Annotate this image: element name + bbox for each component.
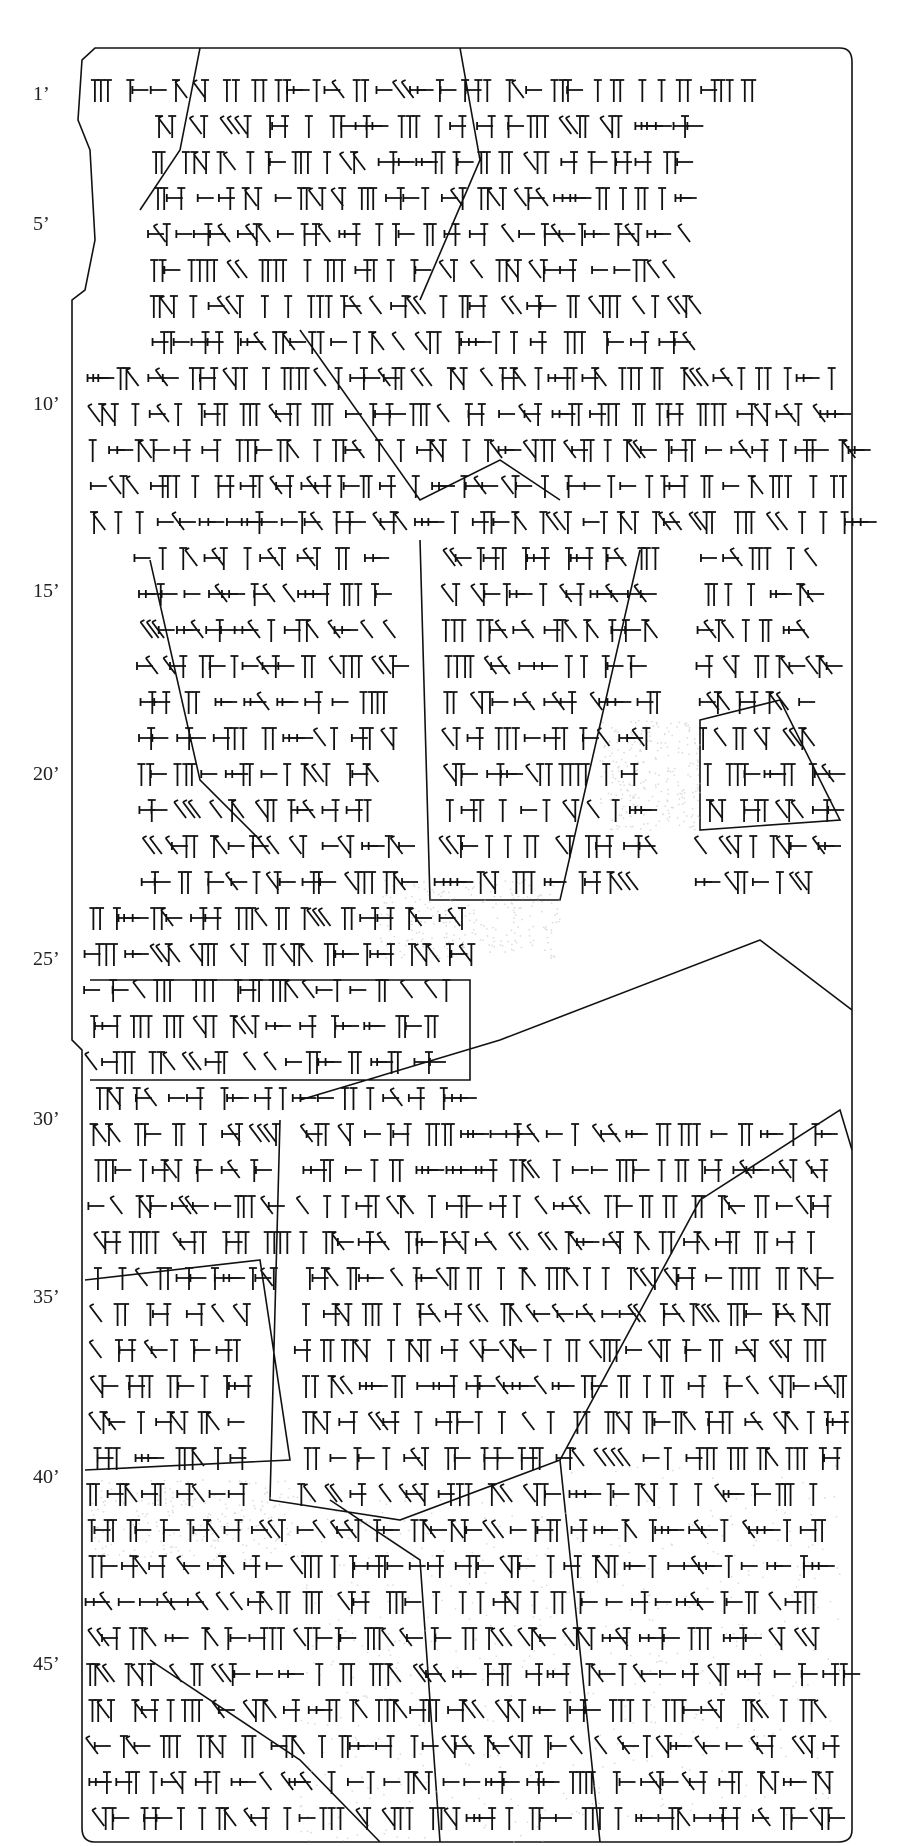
cuneiform-wedge-icon [568,692,576,714]
cuneiform-wedge-icon [262,728,270,750]
cuneiform-wedge-icon [113,1814,129,1822]
cuneiform-wedge-icon [737,1268,745,1290]
cuneiform-wedge-icon [520,1382,536,1390]
cuneiform-wedge-icon [504,836,512,858]
cuneiform-wedge-icon [484,1232,496,1250]
cuneiform-wedge-icon [813,404,825,422]
cuneiform-wedge-icon [417,404,425,426]
cuneiform-wedge-icon [585,878,601,886]
cuneiform-wedge-icon [150,260,158,282]
cuneiform-wedge-icon [604,440,612,462]
cuneiform-wedge-icon [467,1202,483,1210]
cuneiform-wedge-icon [285,626,301,634]
cuneiform-wedge-icon [397,440,405,462]
cuneiform-wedge-icon [490,1202,506,1210]
cuneiform-wedge-icon [317,986,333,994]
cuneiform-wedge-icon [726,1412,734,1434]
cuneiform-wedge-icon [127,368,139,386]
cuneiform-wedge-icon [89,440,97,462]
cuneiform-wedge-icon [340,584,348,606]
cuneiform-wedge-icon [330,260,338,282]
cuneiform-wedge-icon [794,1382,810,1390]
cuneiform-wedge-icon [250,1160,258,1182]
cuneiform-wedge-icon [794,1592,802,1614]
cuneiform-wedge-icon [676,80,684,102]
cuneiform-wedge-icon [297,152,305,174]
cuneiform-wedge-icon [180,518,196,526]
cuneiform-wedge-icon [414,1412,422,1434]
cuneiform-wedge-icon [122,1562,138,1570]
cuneiform-wedge-icon [801,584,813,602]
cuneiform-wedge-icon [89,1340,101,1358]
cuneiform-wedge-icon [525,734,541,742]
cuneiform-wedge-icon [213,440,221,462]
cuneiform-wedge-icon [386,1592,394,1614]
cuneiform-wedge-icon [306,1052,314,1074]
cuneiform-wedge-icon [602,764,610,786]
cuneiform-wedge-icon [201,1628,209,1650]
cuneiform-wedge-icon [526,1304,538,1322]
cuneiform-wedge-icon [181,1700,189,1722]
cuneiform-wedge-icon [236,440,244,462]
cuneiform-wedge-icon [565,1340,573,1362]
cuneiform-wedge-icon [526,86,542,94]
cuneiform-wedge-icon [197,1736,205,1758]
cuneiform-wedge-icon [570,368,578,390]
cuneiform-wedge-icon [808,590,824,598]
cuneiform-wedge-icon [314,368,326,386]
cuneiform-wedge-icon [399,1484,411,1502]
cuneiform-wedge-icon [443,692,451,714]
cuneiform-wedge-icon [133,950,149,958]
cuneiform-wedge-icon [480,368,492,386]
cuneiform-wedge-icon [126,476,138,494]
cuneiform-wedge-icon [722,1814,738,1822]
cuneiform-wedge-icon [483,872,495,890]
cuneiform-wedge-icon [625,626,641,634]
cuneiform-wedge-icon [477,188,485,210]
cuneiform-wedge-icon [514,188,526,206]
cuneiform-wedge-icon [344,1304,352,1326]
cuneiform-wedge-icon [294,404,302,426]
cuneiform-wedge-icon [452,764,460,786]
cuneiform-wedge-icon [229,1490,245,1498]
cuneiform-wedge-icon [545,266,561,274]
cuneiform-wedge-icon [824,1196,832,1218]
cuneiform-wedge-icon [457,1418,473,1426]
cuneiform-wedge-icon [551,1742,567,1750]
cuneiform-wedge-icon [230,1634,246,1642]
cuneiform-wedge-icon [257,692,269,710]
cuneiform-wedge-icon [365,1130,381,1138]
cuneiform-wedge-icon [318,908,330,926]
cuneiform-wedge-icon [618,368,626,390]
cuneiform-wedge-icon [710,584,718,606]
cuneiform-wedge-icon [135,1268,147,1286]
cuneiform-wedge-icon [343,950,359,958]
cuneiform-wedge-icon [452,584,460,606]
cuneiform-wedge-icon [705,656,713,678]
cuneiform-wedge-icon [478,1562,494,1570]
cuneiform-wedge-icon [506,260,518,278]
cuneiform-wedge-icon [590,410,606,418]
cuneiform-wedge-icon [584,482,600,490]
cuneiform-wedge-icon [450,692,458,714]
cuneiform-wedge-icon [682,1772,694,1790]
cuneiform-wedge-icon [382,1628,394,1646]
cuneiform-wedge-icon [154,698,170,706]
cuneiform-wedge-icon [272,332,280,354]
cuneiform-wedge-icon [372,1196,380,1218]
cuneiform-wedge-icon [718,692,730,710]
cuneiform-wedge-icon [428,1304,440,1322]
cuneiform-wedge-icon [733,1304,741,1326]
cuneiform-wedge-icon [208,338,224,346]
cuneiform-wedge-icon [569,260,577,282]
cuneiform-wedge-icon [91,80,99,102]
cuneiform-wedge-icon [542,662,558,670]
cuneiform-wedge-icon [459,296,467,318]
cuneiform-wedge-icon [474,1268,482,1290]
cuneiform-wedge-icon [453,656,461,678]
cuneiform-wedge-icon [834,1376,842,1398]
cuneiform-wedge-icon [326,1160,334,1182]
cuneiform-wedge-icon [663,1340,671,1362]
cuneiform-wedge-icon [481,1166,497,1174]
cuneiform-wedge-icon [173,1232,185,1250]
cuneiform-wedge-icon [501,296,513,314]
cuneiform-wedge-icon [659,1232,667,1254]
cuneiform-wedge-icon [730,548,742,566]
cuneiform-wedge-icon [794,1448,802,1470]
cuneiform-wedge-icon [358,1484,366,1506]
cuneiform-wedge-icon [513,1196,521,1218]
cuneiform-wedge-icon [803,440,811,462]
cuneiform-wedge-icon [86,1664,94,1686]
cuneiform-wedge-icon [281,980,289,1002]
cuneiform-wedge-icon [151,86,167,94]
cuneiform-wedge-icon [202,446,218,454]
cuneiform-wedge-icon [533,1484,541,1506]
cuneiform-wedge-icon [442,620,450,642]
cuneiform-wedge-icon [117,368,125,390]
cuneiform-wedge-icon [585,1490,601,1498]
cuneiform-wedge-icon [259,80,267,102]
cuneiform-wedge-icon [480,1382,496,1390]
cuneiform-wedge-icon [575,194,591,202]
cuneiform-wedge-icon [685,1124,693,1146]
cuneiform-wedge-icon [318,1736,326,1758]
cuneiform-wedge-icon [614,116,622,138]
cuneiform-wedge-icon [571,332,579,354]
cuneiform-wedge-icon [775,1670,791,1678]
cuneiform-wedge-icon [514,368,526,386]
cuneiform-wedge-icon [533,116,541,138]
cuneiform-wedge-icon [350,296,362,314]
cuneiform-wedge-icon [88,1700,96,1722]
cuneiform-wedge-icon [751,1592,759,1614]
cuneiform-wedge-icon [664,1448,672,1470]
cuneiform-wedge-icon [99,1412,107,1434]
cuneiform-wedge-icon [283,1232,291,1254]
cuneiform-wedge-icon [204,944,212,966]
cuneiform-wedge-icon [233,1304,245,1322]
cuneiform-wedge-icon [366,1088,374,1110]
cuneiform-wedge-icon [133,914,149,922]
cuneiform-wedge-icon [563,800,575,818]
cuneiform-wedge-icon [458,116,466,138]
cuneiform-wedge-icon [113,1628,121,1650]
cuneiform-wedge-icon [763,404,771,426]
cuneiform-wedge-icon [761,656,769,678]
cuneiform-wedge-icon [428,1196,436,1218]
cuneiform-wedge-icon [110,1196,122,1214]
cuneiform-wedge-icon [170,296,178,318]
cuneiform-wedge-icon [411,1520,419,1542]
cuneiform-wedge-icon [587,1628,595,1650]
cuneiform-wedge-icon [693,1124,701,1146]
cuneiform-wedge-icon [682,1340,690,1362]
cuneiform-wedge-icon [90,1304,102,1322]
cuneiform-wedge-icon [145,1016,153,1038]
cuneiform-wedge-icon [570,152,578,174]
cuneiform-wedge-icon [369,842,385,850]
cuneiform-wedge-icon [839,476,847,498]
cuneiform-wedge-icon [214,404,222,426]
cuneiform-wedge-icon [198,944,206,966]
cuneiform-wedge-icon [300,1772,312,1790]
cuneiform-wedge-icon [171,1772,183,1790]
cuneiform-wedge-icon [102,404,114,422]
cuneiform-wedge-icon [341,1088,349,1110]
cuneiform-wedge-icon [302,980,314,998]
cuneiform-wedge-icon [654,1418,670,1426]
cuneiform-wedge-icon [544,1778,560,1786]
cuneiform-wedge-icon [198,1412,206,1434]
cuneiform-wedge-icon [516,482,532,490]
cuneiform-wedge-icon [472,1556,480,1578]
cuneiform-wedge-icon [547,1130,563,1138]
cuneiform-wedge-icon [210,1490,226,1498]
cuneiform-wedge-icon [602,1526,618,1534]
cuneiform-wedge-icon [533,1628,545,1646]
cuneiform-wedge-icon [508,1556,516,1578]
cuneiform-wedge-icon [461,1520,469,1542]
cuneiform-wedge-icon [320,1160,328,1182]
cuneiform-wedge-icon [177,1556,189,1574]
cuneiform-wedge-icon [591,158,607,166]
cuneiform-wedge-icon [563,1664,571,1686]
cuneiform-wedge-icon [374,692,382,714]
cuneiform-wedge-icon [395,512,407,530]
cuneiform-wedge-icon [504,1778,520,1786]
cuneiform-wedge-icon [538,332,546,354]
cuneiform-wedge-icon [282,698,298,706]
cuneiform-wedge-icon [156,1418,172,1426]
cuneiform-wedge-icon [259,260,267,282]
cuneiform-wedge-icon [715,1340,723,1362]
cuneiform-wedge-icon [737,368,745,390]
cuneiform-wedge-icon [344,482,360,490]
cuneiform-wedge-icon [315,692,323,714]
cuneiform-wedge-icon [268,548,280,566]
cuneiform-wedge-icon [200,116,208,138]
cuneiform-wedge-icon [443,548,455,566]
cuneiform-wedge-icon [287,368,295,390]
cuneiform-wedge-icon [756,1700,768,1718]
cuneiform-wedge-icon [215,1202,231,1210]
cuneiform-wedge-icon [241,1736,249,1758]
cuneiform-wedge-icon [143,1232,151,1254]
cuneiform-wedge-icon [277,1628,285,1650]
cuneiform-wedge-icon [232,368,240,390]
cuneiform-wedge-icon [700,476,708,498]
cuneiform-wedge-icon [355,1700,367,1718]
cuneiform-wedge-icon [594,80,602,102]
cuneiform-wedge-icon [208,878,224,886]
cuneiform-wedge-icon [824,1742,840,1750]
cuneiform-wedge-icon [775,1484,783,1506]
cuneiform-wedge-icon [651,296,659,318]
cuneiform-wedge-icon [779,1160,791,1178]
cuneiform-wedge-icon [246,152,254,174]
cuneiform-wedge-icon [229,1664,237,1686]
cuneiform-wedge-icon [704,1742,720,1750]
cuneiform-wedge-icon [203,1520,211,1542]
cuneiform-wedge-icon [581,1376,589,1398]
cuneiform-wedge-icon [137,1232,145,1254]
cuneiform-wedge-icon [151,1232,159,1254]
cuneiform-wedge-icon [774,1412,786,1430]
cuneiform-wedge-icon [152,1346,168,1354]
cuneiform-wedge-icon [498,656,510,674]
cuneiform-wedge-icon [303,800,315,818]
cuneiform-wedge-icon [178,1772,186,1794]
cuneiform-wedge-icon [339,1418,355,1426]
cuneiform-wedge-icon [625,1520,637,1538]
cuneiform-wedge-icon [766,1448,778,1466]
cuneiform-wedge-icon [743,1340,755,1358]
cuneiform-wedge-icon [660,1670,676,1678]
cuneiform-wedge-icon [163,374,179,382]
cuneiform-wedge-icon [781,656,793,674]
cuneiform-wedge-icon [183,440,191,462]
cuneiform-wedge-icon [229,590,245,598]
cuneiform-wedge-icon [368,1274,384,1282]
cuneiform-wedge-icon [355,1340,367,1358]
cuneiform-wedge-icon [229,1418,245,1426]
cuneiform-wedge-icon [159,476,167,498]
cuneiform-wedge-icon [612,800,620,822]
cuneiform-wedge-icon [353,1448,361,1470]
cuneiform-wedge-icon [369,1022,385,1030]
cuneiform-wedge-icon [751,476,763,494]
cuneiform-wedge-icon [705,476,713,498]
cuneiform-wedge-icon [407,296,419,314]
cuneiform-wedge-icon [706,800,714,822]
cuneiform-wedge-icon [690,1664,698,1686]
cuneiform-wedge-icon [759,620,767,642]
cuneiform-wedge-icon [620,512,632,530]
cuneiform-wedge-icon [300,1022,316,1030]
cuneiform-wedge-icon [482,482,498,490]
cuneiform-wedge-icon [96,1088,104,1110]
cuneiform-wedge-icon [723,656,735,674]
cuneiform-wedge-icon [150,908,158,930]
cuneiform-wedge-icon [241,482,257,490]
cuneiform-wedge-icon [399,230,415,238]
cuneiform-wedge-icon [171,1412,183,1430]
cuneiform-wedge-icon [116,1088,124,1110]
cuneiform-wedge-icon [726,1232,734,1254]
cuneiform-wedge-icon [483,152,491,174]
cuneiform-wedge-icon [248,620,260,638]
cuneiform-wedge-icon [229,1274,245,1282]
cuneiform-wedge-icon [166,980,174,1002]
cuneiform-wedge-icon [546,1520,554,1542]
cuneiform-wedge-icon [160,296,172,314]
cuneiform-wedge-icon [547,1556,555,1578]
cuneiform-wedge-icon [289,836,301,854]
cuneiform-wedge-icon [424,1520,436,1538]
cuneiform-wedge-icon [322,1232,330,1254]
cuneiform-wedge-icon [586,548,594,570]
cuneiform-wedge-icon [152,152,160,174]
cuneiform-wedge-icon [330,1454,346,1462]
cuneiform-wedge-icon [439,1490,455,1498]
cuneiform-wedge-icon [480,224,488,246]
cuneiform-wedge-icon [729,1490,745,1498]
cuneiform-wedge-icon [409,1094,425,1102]
cuneiform-wedge-icon [262,1808,270,1830]
cuneiform-wedge-icon [269,800,277,822]
cuneiform-wedge-icon [816,656,824,678]
cuneiform-wedge-icon [209,980,217,1002]
cuneiform-wedge-icon [113,908,121,930]
cuneiform-wedge-icon [507,770,523,778]
cuneiform-wedge-icon [566,296,574,318]
cuneiform-wedge-icon [318,224,330,242]
cuneiform-wedge-icon [577,1592,585,1614]
cuneiform-wedge-icon [133,980,145,998]
cuneiform-wedge-icon [350,986,366,994]
cuneiform-wedge-icon [313,1052,321,1074]
cuneiform-wedge-icon [241,944,249,966]
cuneiform-wedge-icon [239,728,247,750]
cuneiform-wedge-icon [541,116,549,138]
cuneiform-wedge-icon [201,80,209,102]
cuneiform-wedge-icon [368,692,376,714]
cuneiform-wedge-icon [355,656,363,678]
cuneiform-wedge-icon [353,1598,369,1606]
cuneiform-wedge-icon [643,1736,651,1758]
cuneiform-wedge-icon [303,878,319,886]
cuneiform-wedge-icon [833,1418,849,1426]
cuneiform-wedge-icon [476,338,492,346]
cuneiform-wedge-icon [405,1232,413,1254]
cuneiform-wedge-icon [227,260,239,278]
cuneiform-wedge-icon [633,260,641,282]
cuneiform-wedge-icon [283,1808,291,1830]
cuneiform-wedge-icon [389,728,397,750]
cuneiform-wedge-icon [269,1628,277,1650]
cuneiform-wedge-icon [484,590,500,598]
cuneiform-wedge-icon [286,1058,302,1066]
cuneiform-wedge-icon [617,1376,625,1398]
cuneiform-wedge-icon [776,1268,784,1290]
cuneiform-wedge-icon [447,1124,455,1146]
cuneiform-wedge-icon [205,914,221,922]
